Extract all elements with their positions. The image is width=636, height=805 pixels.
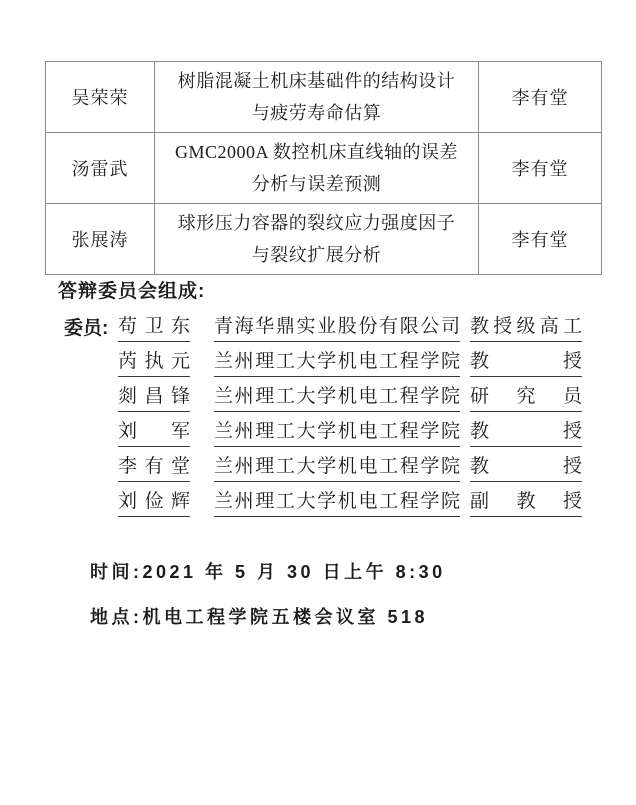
member-affiliation: 兰州理工大学机电工程学院 <box>214 454 460 482</box>
member-title: 副教授 <box>470 489 582 517</box>
document-page: 吴荣荣 树脂混凝土机床基础件的结构设计 与疲劳寿命估算 李有堂 汤雷武 GMC2… <box>0 0 636 805</box>
thesis-title-line: GMC2000A 数控机床直线轴的误差 <box>157 136 476 168</box>
thesis-title-cell: 树脂混凝土机床基础件的结构设计 与疲劳寿命估算 <box>155 62 479 133</box>
committee-member-row: 苟卫东 青海华鼎实业股份有限公司 教授级高工 <box>0 314 636 349</box>
member-title: 教授 <box>470 454 582 482</box>
defense-location-line: 地点:机电工程学院五楼会议室 518 <box>90 606 428 628</box>
thesis-title-line: 分析与误差预测 <box>157 168 476 200</box>
member-name: 剡昌锋 <box>118 384 190 412</box>
defense-schedule-table: 吴荣荣 树脂混凝土机床基础件的结构设计 与疲劳寿命估算 李有堂 汤雷武 GMC2… <box>45 61 602 275</box>
member-affiliation: 青海华鼎实业股份有限公司 <box>214 314 460 342</box>
member-name: 苟卫东 <box>118 314 190 342</box>
thesis-title-line: 树脂混凝土机床基础件的结构设计 <box>157 65 476 97</box>
advisor-name-cell: 李有堂 <box>479 133 602 204</box>
thesis-title-line: 与疲劳寿命估算 <box>157 97 476 129</box>
table-row: 吴荣荣 树脂混凝土机床基础件的结构设计 与疲劳寿命估算 李有堂 <box>46 62 602 133</box>
committee-member-row: 刘军 兰州理工大学机电工程学院 教授 <box>0 419 636 454</box>
thesis-title-line: 与裂纹扩展分析 <box>157 239 476 271</box>
member-title: 研究员 <box>470 384 582 412</box>
member-name: 李有堂 <box>118 454 190 482</box>
member-title: 教授级高工 <box>470 314 582 342</box>
committee-heading: 答辩委员会组成: <box>58 281 205 303</box>
committee-member-row: 芮执元 兰州理工大学机电工程学院 教授 <box>0 349 636 384</box>
member-affiliation: 兰州理工大学机电工程学院 <box>214 349 460 377</box>
defense-time-line: 时间:2021 年 5 月 30 日上午 8:30 <box>90 561 446 583</box>
committee-member-row: 剡昌锋 兰州理工大学机电工程学院 研究员 <box>0 384 636 419</box>
advisor-name-cell: 李有堂 <box>479 62 602 133</box>
member-title: 教授 <box>470 349 582 377</box>
member-affiliation: 兰州理工大学机电工程学院 <box>214 419 460 447</box>
committee-member-row: 李有堂 兰州理工大学机电工程学院 教授 <box>0 454 636 489</box>
thesis-title-line: 球形压力容器的裂纹应力强度因子 <box>157 207 476 239</box>
student-name-cell: 吴荣荣 <box>46 62 155 133</box>
member-name: 芮执元 <box>118 349 190 377</box>
member-name: 刘俭辉 <box>118 489 190 517</box>
thesis-title-cell: GMC2000A 数控机床直线轴的误差 分析与误差预测 <box>155 133 479 204</box>
committee-member-row: 刘俭辉 兰州理工大学机电工程学院 副教授 <box>0 489 636 524</box>
table-row: 张展涛 球形压力容器的裂纹应力强度因子 与裂纹扩展分析 李有堂 <box>46 204 602 275</box>
member-affiliation: 兰州理工大学机电工程学院 <box>214 384 460 412</box>
thesis-title-cell: 球形压力容器的裂纹应力强度因子 与裂纹扩展分析 <box>155 204 479 275</box>
member-name: 刘军 <box>118 419 190 447</box>
member-affiliation: 兰州理工大学机电工程学院 <box>214 489 460 517</box>
advisor-name-cell: 李有堂 <box>479 204 602 275</box>
member-title: 教授 <box>470 419 582 447</box>
table-row: 汤雷武 GMC2000A 数控机床直线轴的误差 分析与误差预测 李有堂 <box>46 133 602 204</box>
student-name-cell: 张展涛 <box>46 204 155 275</box>
student-name-cell: 汤雷武 <box>46 133 155 204</box>
